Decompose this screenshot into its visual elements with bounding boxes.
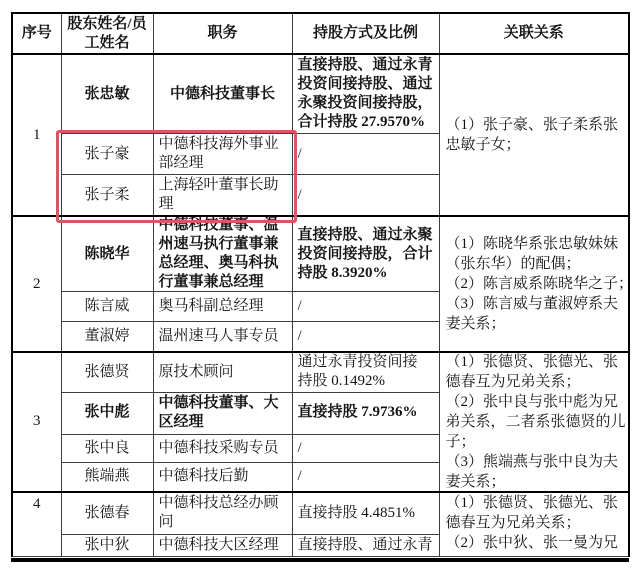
holding-cell: 直接持股、通过永聚 投资间接持股，合计 持股 8.3920% (292, 216, 439, 292)
holding-cell: 直接持股、通过永青 投资间接持股、通过 永聚投资间接持股， 合计持股 27.95… (292, 54, 439, 134)
shareholder-name-cell: 董淑婷 (61, 322, 153, 353)
position-cell: 中德科技大区经理 (153, 534, 292, 556)
shareholder-name-cell: 陈晓华 (61, 216, 153, 292)
table-row: 4 张德春 中德科技总经办顾 问 直接持股 4.4851% （1）张德贤、张德光… (12, 492, 629, 534)
holding-cell: / (292, 292, 439, 322)
position-cell: 奥马科副总经理 (153, 292, 292, 322)
shareholder-name-cell: 张子豪 (61, 134, 153, 175)
relation-item: （3）熊端燕与张中良为夫 妻关系； (446, 452, 619, 491)
relation-cell: （1）张德贤、张德光、张 德春互为兄弟关系； （2）张中良与张中彪为兄 弟关系，… (439, 352, 629, 492)
relation-item: （1）张德贤、张德光、张 德春互为兄弟关系； (446, 353, 619, 392)
shareholder-name-cell: 陈言威 (61, 292, 153, 322)
shareholder-name-cell: 张中狄 (61, 534, 153, 556)
relation-item: （2）张中狄、张一曼为兄 (446, 533, 619, 553)
header-relation: 关联关系 (439, 13, 629, 54)
section-number-cell: 2 (12, 216, 61, 352)
holding-cell: / (292, 322, 439, 353)
holding-cell: 通过永青投资间接 持股 0.1492% (292, 352, 439, 392)
position-cell: 中德科技董事、温 州速马执行董事兼 总经理、奥马科执 行董事兼总经理 (153, 216, 292, 292)
relation-item: （3）陈言威与董淑婷系夫 妻关系； (446, 294, 619, 334)
relation-cell: （1）陈晓华系张忠敏妹妹 （张东华）的配偶； （2）陈言威系陈晓华之子； （3）… (439, 216, 629, 352)
position-cell: 温州速马人事专员 (153, 322, 292, 353)
table-bottom-border (11, 558, 629, 562)
holding-cell: / (292, 134, 439, 175)
shareholder-relation-table: 序号 股东姓名/员 工姓名 职务 持股方式及比例 关联关系 1 张忠敏 中德科技… (11, 12, 630, 557)
table-header-row: 序号 股东姓名/员 工姓名 职务 持股方式及比例 关联关系 (12, 13, 629, 54)
shareholder-name-cell: 熊端燕 (61, 463, 153, 492)
header-holding-method: 持股方式及比例 (292, 13, 439, 54)
table-row: 3 张德贤 原技术顾问 通过永青投资间接 持股 0.1492% （1）张德贤、张… (12, 352, 629, 392)
section-number-cell: 3 (12, 352, 61, 492)
position-cell: 中德科技董事长 (153, 54, 292, 134)
shareholder-name-cell: 张德春 (61, 492, 153, 534)
relation-cell: （1）张子豪、张子柔系张 忠敏子女； (439, 54, 629, 216)
table-row: 1 张忠敏 中德科技董事长 直接持股、通过永青 投资间接持股、通过 永聚投资间接… (12, 54, 629, 134)
relation-item: （2）陈言威系陈晓华之子； (446, 274, 629, 294)
position-cell: 中德科技董事、大 区经理 (153, 392, 292, 434)
position-cell: 中德科技海外事业 部经理 (153, 134, 292, 175)
section-number-cell: 4 (12, 492, 61, 557)
crop-mask (0, 562, 640, 572)
position-cell: 中德科技总经办顾 问 (153, 492, 292, 534)
holding-cell: 直接持股 4.4851% (292, 492, 439, 534)
header-position: 职务 (153, 13, 292, 54)
section-number-cell: 1 (12, 54, 61, 216)
holding-cell: 直接持股、通过永青 (292, 534, 439, 556)
relation-cell: （1）张德贤、张德光、张 德春互为兄弟关系； （2）张中狄、张一曼为兄 (439, 492, 629, 557)
relation-item: （2）张中良与张中彪为兄 弟关系，二者系张德贤的儿 子； (446, 392, 626, 452)
holding-cell: / (292, 463, 439, 492)
position-cell: 上海轻叶董事长助 理 (153, 175, 292, 217)
header-seq-no: 序号 (12, 13, 61, 54)
position-cell: 原技术顾问 (153, 352, 292, 392)
relation-item: （1）陈晓华系张忠敏妹妹 （张东华）的配偶； (446, 234, 619, 274)
shareholder-name-cell: 张中彪 (61, 392, 153, 434)
holding-cell: / (292, 175, 439, 217)
position-cell: 中德科技采购专员 (153, 434, 292, 463)
document-page: 序号 股东姓名/员 工姓名 职务 持股方式及比例 关联关系 1 张忠敏 中德科技… (0, 0, 640, 572)
shareholder-name-cell: 张中良 (61, 434, 153, 463)
holding-cell: / (292, 434, 439, 463)
relation-item: （1）张德贤、张德光、张 德春互为兄弟关系； (446, 493, 619, 533)
holding-cell: 直接持股 7.9736% (292, 392, 439, 434)
shareholder-name-cell: 张子柔 (61, 175, 153, 217)
shareholder-name-cell: 张忠敏 (61, 54, 153, 134)
position-cell: 中德科技后勤 (153, 463, 292, 492)
header-shareholder-name: 股东姓名/员 工姓名 (61, 13, 153, 54)
shareholder-name-cell: 张德贤 (61, 352, 153, 392)
table-row: 2 陈晓华 中德科技董事、温 州速马执行董事兼 总经理、奥马科执 行董事兼总经理… (12, 216, 629, 292)
relation-item: （1）张子豪、张子柔系张 忠敏子女； (446, 115, 619, 155)
